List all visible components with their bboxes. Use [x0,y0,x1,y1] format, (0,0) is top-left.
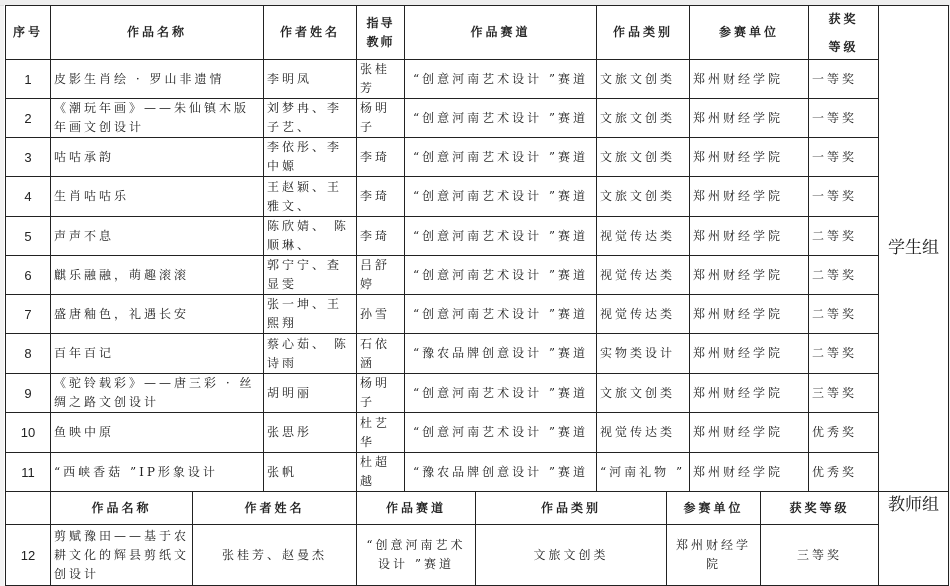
cell-unit[interactable]: 郑州财经学院 [689,333,809,374]
cell-title[interactable]: 《潮玩年画》——朱仙镇木版年画文创设计 [50,98,264,138]
cell-seq[interactable]: 9 [5,373,51,413]
cell-track[interactable]: “创意河南艺术设计 ”赛道 [404,98,597,138]
cell-award[interactable]: 二等奖 [808,255,879,295]
cell-title[interactable]: 声声不息 [50,216,264,256]
cell-award[interactable]: 二等奖 [808,294,879,334]
cell-seq[interactable]: 3 [5,137,51,177]
header-seq: 序号 [5,5,51,60]
header-advisor: 指导教师 [356,5,405,60]
cell-author[interactable]: 胡明丽 [263,373,357,413]
cell-advisor[interactable]: 石依涵 [356,333,405,374]
cell-author[interactable]: 郭宁宁、查显雯 [263,255,357,295]
cell-seq[interactable]: 11 [5,452,51,492]
cell-title[interactable]: 麒乐融融，萌趣滚滚 [50,255,264,295]
cell-title[interactable]: 剪赋豫田——基于农耕文化的辉县剪纸文创设计 [50,524,193,586]
cell-author[interactable]: 李依彤、李中嫄 [263,137,357,177]
teacher-header-unit: 参赛单位 [666,491,761,525]
cell-seq[interactable]: 12 [5,524,51,586]
cell-advisor[interactable]: 杨明子 [356,98,405,138]
cell-advisor[interactable]: 张桂芳 [356,59,405,99]
cell-track[interactable]: “创意河南艺术设计 ”赛道 [356,524,476,586]
cell-track[interactable]: “创意河南艺术设计 ”赛道 [404,176,597,217]
cell-track[interactable]: “创意河南艺术设计 ”赛道 [404,137,597,177]
group-label-teacher: 教师组 [878,491,949,586]
cell-advisor[interactable]: 杜艺华 [356,412,405,453]
cell-title[interactable]: 咕咕承韵 [50,137,264,177]
cell-title[interactable]: 生肖咕咕乐 [50,176,264,217]
cell-track[interactable]: “创意河南艺术设计 ”赛道 [404,216,597,256]
cell-title[interactable]: 百年百记 [50,333,264,374]
cell-track[interactable]: “创意河南艺术设计 ”赛道 [404,412,597,453]
cell-award[interactable]: 一等奖 [808,137,879,177]
cell-author[interactable]: 张桂芳、赵曼杰 [192,524,357,586]
cell-unit[interactable]: 郑州财经学院 [689,294,809,334]
cell-unit[interactable]: 郑州财经学院 [689,412,809,453]
cell-track[interactable]: “豫农品牌创意设计 ”赛道 [404,333,597,374]
cell-award[interactable]: 一等奖 [808,176,879,217]
cell-category[interactable]: 视觉传达类 [596,294,690,334]
cell-category[interactable]: 文旅文创类 [596,176,690,217]
cell-award[interactable]: 一等奖 [808,59,879,99]
cell-award[interactable]: 优秀奖 [808,452,879,492]
teacher-header-category: 作品类别 [475,491,667,525]
cell-title[interactable]: 鱼映中原 [50,412,264,453]
cell-award[interactable]: 二等奖 [808,333,879,374]
cell-seq[interactable]: 2 [5,98,51,138]
group-label-student: 学生组 [878,5,949,492]
cell-track[interactable]: “创意河南艺术设计 ”赛道 [404,294,597,334]
cell-title[interactable]: “西峡香菇 ”IP形象设计 [50,452,264,492]
cell-seq[interactable]: 4 [5,176,51,217]
cell-title[interactable]: 《驼铃载彩》——唐三彩 · 丝绸之路文创设计 [50,373,264,413]
teacher-header-award: 获奖等级 [760,491,879,525]
header-author: 作者姓名 [263,5,357,60]
cell-award[interactable]: 一等奖 [808,98,879,138]
cell-advisor[interactable]: 李琦 [356,137,405,177]
cell-title[interactable]: 盛唐釉色，礼遇长安 [50,294,264,334]
cell-advisor[interactable]: 杨明子 [356,373,405,413]
cell-seq[interactable]: 10 [5,412,51,453]
cell-unit[interactable]: 郑州财经学院 [689,137,809,177]
cell-author[interactable]: 蔡心茹、 陈诗雨 [263,333,357,374]
cell-author[interactable]: 张帆 [263,452,357,492]
header-unit: 参赛单位 [689,5,809,60]
cell-category[interactable]: 视觉传达类 [596,412,690,453]
cell-advisor[interactable]: 李琦 [356,176,405,217]
cell-category[interactable]: 文旅文创类 [475,524,667,586]
header-title: 作品名称 [50,5,264,60]
cell-author[interactable]: 陈欣婧、 陈顺琳、 [263,216,357,256]
cell-seq[interactable]: 5 [5,216,51,256]
cell-author[interactable]: 刘梦冉、李子艺、 [263,98,357,138]
header-category: 作品类别 [596,5,690,60]
cell-category[interactable]: 视觉传达类 [596,255,690,295]
cell-unit[interactable]: 郑州财经学院 [689,176,809,217]
cell-category[interactable]: 文旅文创类 [596,59,690,99]
cell-seq[interactable]: 7 [5,294,51,334]
cell-track[interactable]: “豫农品牌创意设计 ”赛道 [404,452,597,492]
cell-author[interactable]: 张一坤、王熙翔 [263,294,357,334]
cell-unit[interactable]: 郑州财经学院 [689,98,809,138]
cell-advisor[interactable]: 吕舒婷 [356,255,405,295]
cell-unit[interactable]: 郑州财经学院 [666,524,761,586]
cell-track[interactable]: “创意河南艺术设计 ”赛道 [404,373,597,413]
cell-unit[interactable]: 郑州财经学院 [689,59,809,99]
cell-category[interactable]: 实物类设计 [596,333,690,374]
cell-category[interactable]: “河南礼物 ” [596,452,690,492]
cell-unit[interactable]: 郑州财经学院 [689,373,809,413]
cell-advisor[interactable]: 杜超越 [356,452,405,492]
teacher-header-track: 作品赛道 [356,491,476,525]
award-table: 序号作品名称作者姓名指导教师作品赛道作品类别参赛单位获奖等级1皮影生肖绘 · 罗… [4,5,948,585]
cell-category[interactable]: 文旅文创类 [596,98,690,138]
cell-award[interactable]: 优秀奖 [808,412,879,453]
cell-author[interactable]: 张思彤 [263,412,357,453]
cell-track[interactable]: “创意河南艺术设计 ”赛道 [404,255,597,295]
cell-advisor[interactable]: 李琦 [356,216,405,256]
cell-unit[interactable]: 郑州财经学院 [689,452,809,492]
cell-seq[interactable]: 8 [5,333,51,374]
cell-seq[interactable]: 6 [5,255,51,295]
cell-track[interactable]: “创意河南艺术设计 ”赛道 [404,59,597,99]
header-award: 获奖等级 [808,5,879,60]
cell-unit[interactable]: 郑州财经学院 [689,216,809,256]
cell-author[interactable]: 王赵颖、王雅文、 [263,176,357,217]
cell-category[interactable]: 视觉传达类 [596,216,690,256]
cell-award[interactable]: 三等奖 [808,373,879,413]
header-track: 作品赛道 [404,5,597,60]
teacher-header-author: 作者姓名 [192,491,357,525]
teacher-header-title: 作品名称 [50,491,193,525]
cell-unit[interactable]: 郑州财经学院 [689,255,809,295]
cell-title[interactable]: 皮影生肖绘 · 罗山非遗情 [50,59,264,99]
cell-award[interactable]: 三等奖 [760,524,879,586]
cell-seq[interactable]: 1 [5,59,51,99]
cell-author[interactable]: 李明凤 [263,59,357,99]
cell-category[interactable]: 文旅文创类 [596,373,690,413]
cell-award[interactable]: 二等奖 [808,216,879,256]
cell-advisor[interactable]: 孙雪 [356,294,405,334]
cell-category[interactable]: 文旅文创类 [596,137,690,177]
